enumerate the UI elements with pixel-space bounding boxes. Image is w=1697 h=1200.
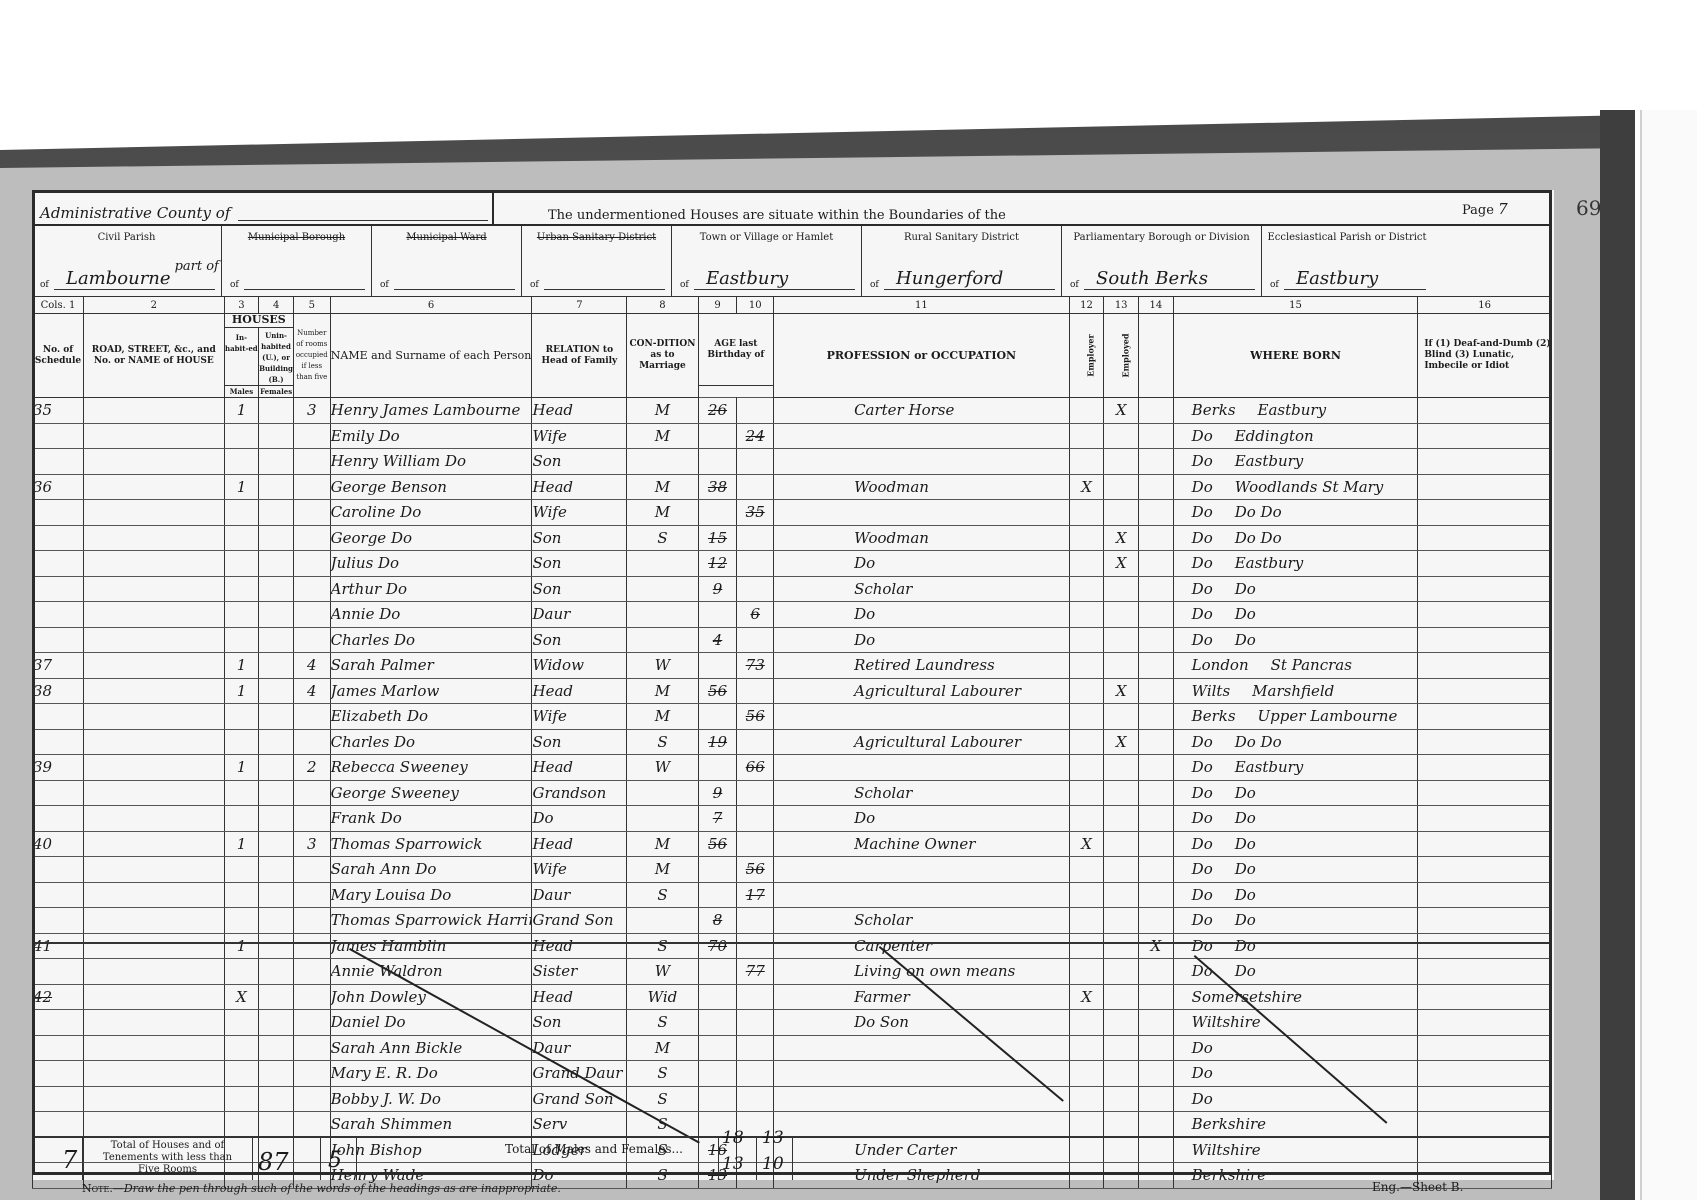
footer-note-text: Draw the pen through such of the words o… [124,1182,561,1195]
scan-shadow-right [1600,110,1635,1200]
scan-margin-right [1640,110,1697,1200]
footer-note: Note.—Draw the pen through such of the w… [82,1182,561,1195]
sheet-frame [32,190,1552,1175]
footer-note-prefix: Note.— [82,1182,124,1195]
folio-number: 69 [1576,196,1601,220]
sheet-label: Eng.—Sheet B. [1372,1180,1463,1194]
